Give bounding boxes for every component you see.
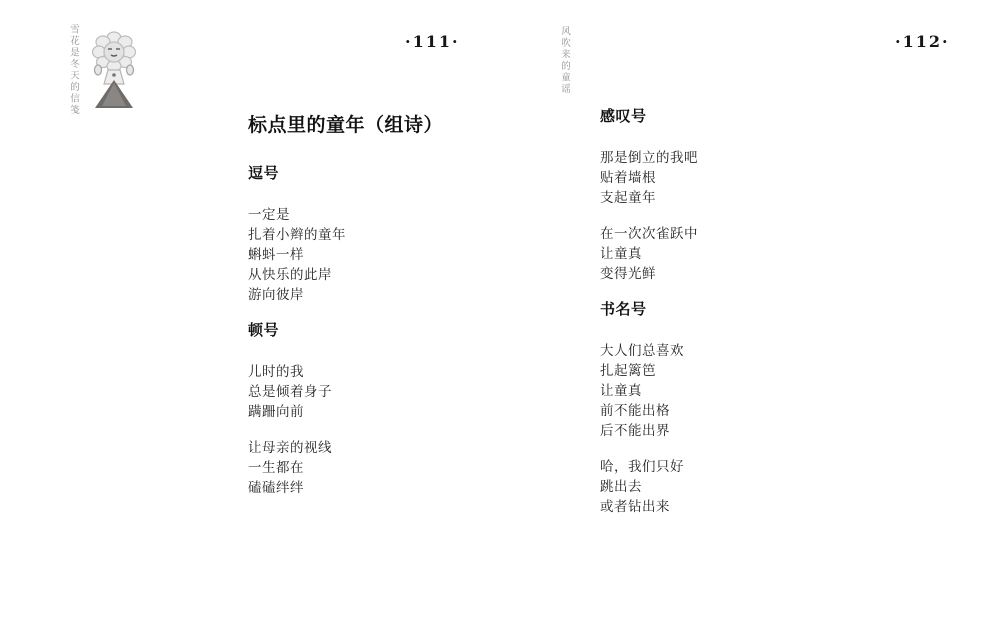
book-title-spine-text: 雪花是冬天的信笺 xyxy=(66,24,80,134)
poem-line: 总是倾着身子 xyxy=(248,382,548,402)
poem-line: 游向彼岸 xyxy=(248,285,548,305)
left-page-poem-column: 标点里的童年（组诗） 逗号一定是扎着小辫的童年蝌蚪一样从快乐的此岸游向彼岸顿号儿… xyxy=(248,110,548,514)
poem-line: 让童真 xyxy=(600,381,900,401)
poem-line: 一定是 xyxy=(248,205,548,225)
poem-line: 扎起篱笆 xyxy=(600,361,900,381)
poem-line: 变得光鲜 xyxy=(600,264,900,284)
section-heading: 感叹号 xyxy=(600,107,900,126)
poem-line: 支起童年 xyxy=(600,188,900,208)
poem-line: 贴着墙根 xyxy=(600,168,900,188)
poem-line: 在一次次雀跃中 xyxy=(600,224,900,244)
stanza: 让母亲的视线一生都在磕磕绊绊 xyxy=(248,438,548,498)
poem-line: 蝌蚪一样 xyxy=(248,245,548,265)
poem-line: 儿时的我 xyxy=(248,362,548,382)
poem-line: 一生都在 xyxy=(248,458,548,478)
poem-line: 扎着小辫的童年 xyxy=(248,225,548,245)
poem-line: 前不能出格 xyxy=(600,401,900,421)
poem-line: 磕磕绊绊 xyxy=(248,478,548,498)
poem-line: 让童真 xyxy=(600,244,900,264)
poem-line: 跳出去 xyxy=(600,477,900,497)
poem-title: 标点里的童年（组诗） xyxy=(248,110,548,137)
poem-line: 大人们总喜欢 xyxy=(600,341,900,361)
section-heading: 书名号 xyxy=(600,300,900,319)
chapter-spine-text: 风吹来的童谣 xyxy=(557,26,571,136)
poem-line: 蹒跚向前 xyxy=(248,402,548,422)
stanza: 儿时的我总是倾着身子蹒跚向前 xyxy=(248,362,548,422)
stanza: 在一次次雀跃中让童真变得光鲜 xyxy=(600,224,900,284)
page-number-111: ·111· xyxy=(405,32,460,51)
right-page-sections: 感叹号那是倒立的我吧贴着墙根支起童年在一次次雀跃中让童真变得光鲜书名号大人们总喜… xyxy=(600,107,900,517)
poem-line: 那是倒立的我吧 xyxy=(600,148,900,168)
poem-line: 哈，我们只好 xyxy=(600,457,900,477)
section-heading: 逗号 xyxy=(248,164,548,183)
poem-line: 让母亲的视线 xyxy=(248,438,548,458)
stanza: 一定是扎着小辫的童年蝌蚪一样从快乐的此岸游向彼岸 xyxy=(248,205,548,305)
stanza: 那是倒立的我吧贴着墙根支起童年 xyxy=(600,148,900,208)
flower-figure-illustration xyxy=(85,28,143,115)
stanza: 哈，我们只好跳出去或者钻出来 xyxy=(600,457,900,517)
poem-line: 从快乐的此岸 xyxy=(248,265,548,285)
poem-line: 或者钻出来 xyxy=(600,497,900,517)
left-page-sections: 逗号一定是扎着小辫的童年蝌蚪一样从快乐的此岸游向彼岸顿号儿时的我总是倾着身子蹒跚… xyxy=(248,164,548,498)
section-heading: 顿号 xyxy=(248,321,548,340)
flower-figure-drawing xyxy=(85,28,143,110)
page-number-112: ·112· xyxy=(895,32,950,51)
right-page-poem-column: 感叹号那是倒立的我吧贴着墙根支起童年在一次次雀跃中让童真变得光鲜书名号大人们总喜… xyxy=(600,107,900,533)
poem-line: 后不能出界 xyxy=(600,421,900,441)
stanza: 大人们总喜欢扎起篱笆让童真前不能出格后不能出界 xyxy=(600,341,900,441)
